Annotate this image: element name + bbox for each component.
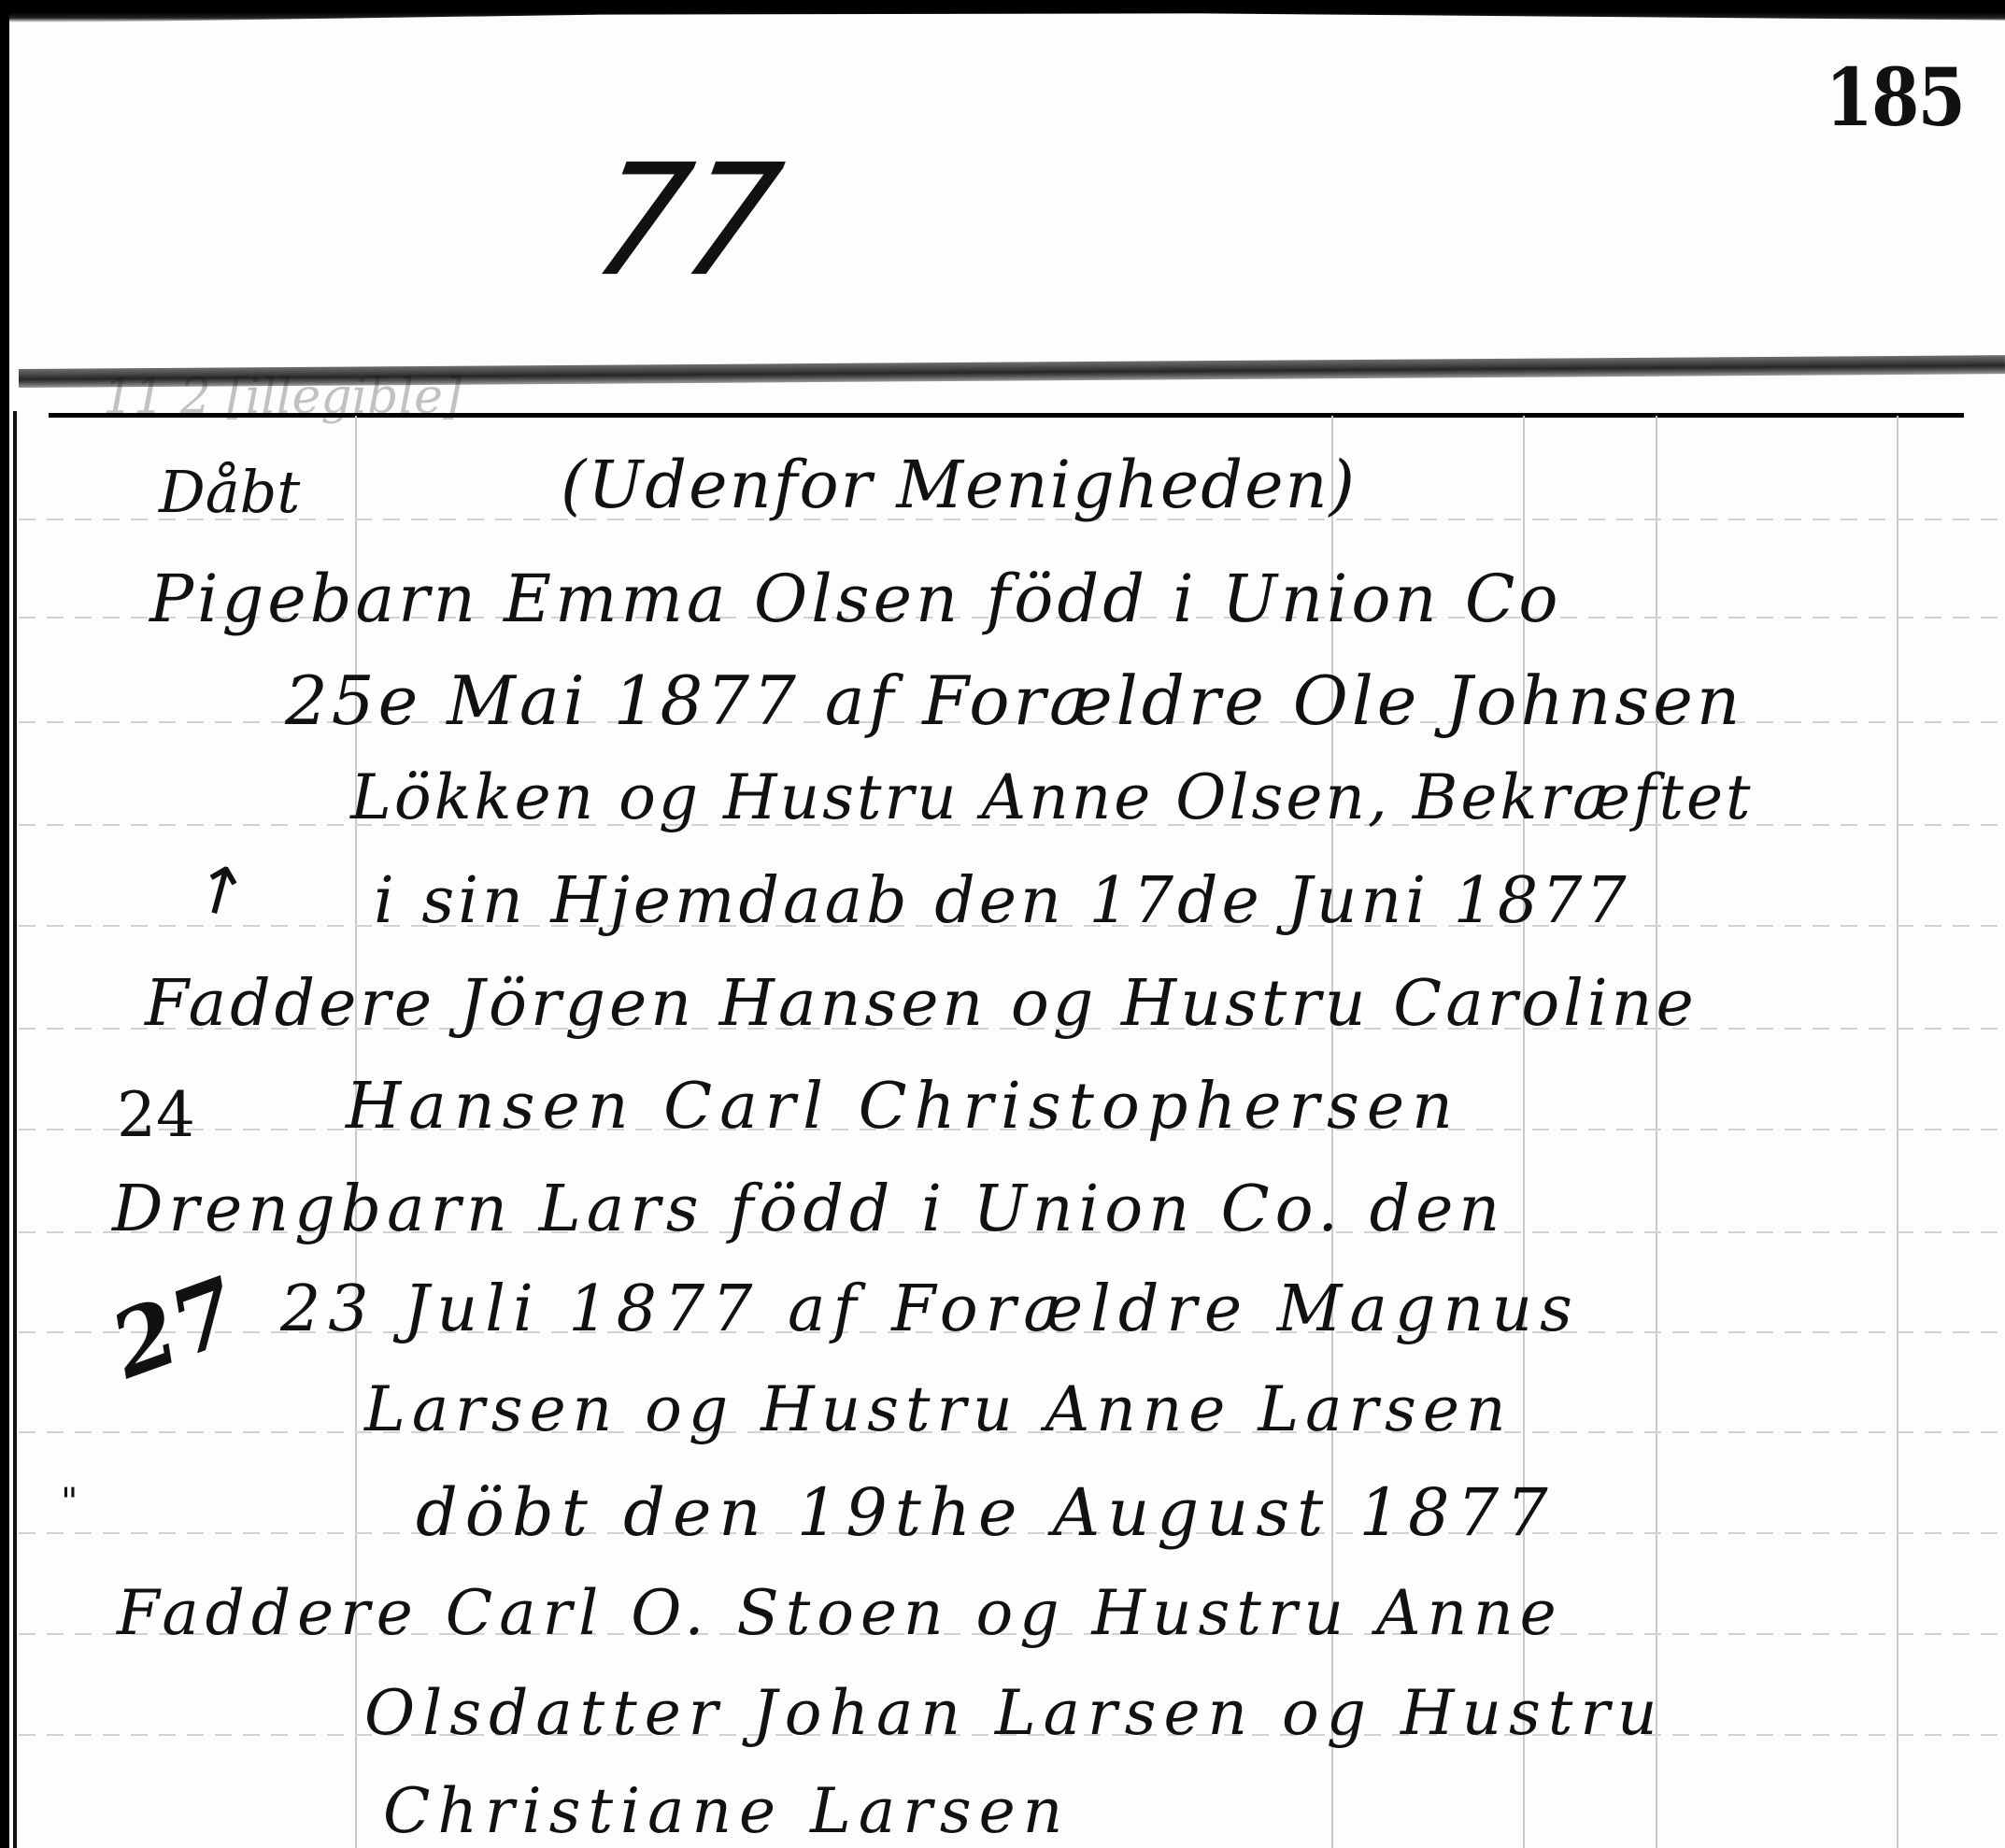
record-line-9: Larsen og Hustru Anne Larsen — [364, 1373, 1512, 1445]
pointer-mark-icon: ↗ — [176, 842, 262, 935]
record-line-7: Drengbarn Lars född i Union Co. den — [112, 1173, 1505, 1246]
scan-top-edge — [0, 0, 2005, 22]
section-heading: (Udenfor Menigheden) — [561, 447, 1357, 523]
ditto-mark: " — [61, 1481, 78, 1524]
entry-number-header: 77 — [582, 132, 792, 310]
record-line-13: Christiane Larsen — [383, 1775, 1070, 1847]
margin-label-dabt: Dåbt — [159, 458, 300, 526]
record-line-1: Pigebarn Emma Olsen född i Union Co — [149, 561, 1562, 637]
record-line-3: Lökken og Hustru Anne Olsen, Bekræftet — [350, 761, 1754, 833]
scan-left-edge — [0, 0, 9, 1848]
record-line-8: 23 Juli 1877 af Forældre Magnus — [280, 1272, 1580, 1346]
page-margin-rule — [13, 411, 17, 1848]
record-line-11: Faddere Carl O. Stoen og Hustru Anne — [117, 1577, 1563, 1649]
record-line-5: Faddere Jörgen Hansen og Hustru Caroline — [145, 967, 1698, 1041]
record-line-12: Olsdatter Johan Larsen og Hustru — [364, 1677, 1664, 1749]
record-line-4: i sin Hjemdaab den 17de Juni 1877 — [374, 864, 1630, 938]
margin-entry-number-24: 24 — [117, 1079, 195, 1151]
record-line-10: döbt den 19the August 1877 — [416, 1474, 1556, 1551]
register-page: 185 77 11 2 [illegible] Dåbt 24 27 " ↗ (… — [0, 0, 2005, 1848]
margin-scribble: 11 2 [illegible] — [103, 369, 462, 425]
record-line-2: 25e Mai 1877 af Forældre Ole Johnsen — [285, 661, 1743, 740]
page-number: 185 — [1826, 52, 1964, 145]
margin-entry-number-27: 27 — [98, 1258, 251, 1400]
record-line-6: Hansen Carl Christophersen — [346, 1070, 1460, 1144]
